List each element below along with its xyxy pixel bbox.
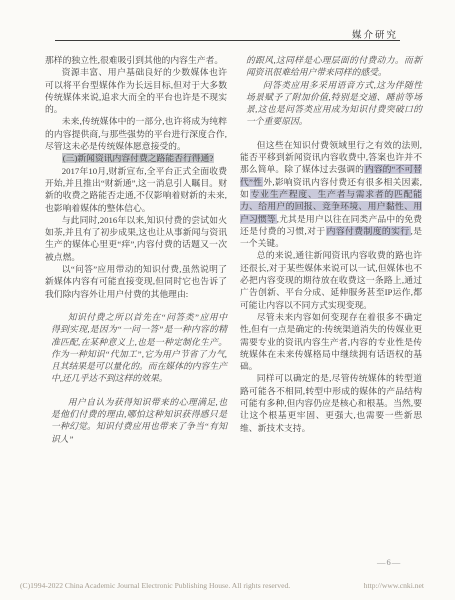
- text-run: 未来,传统媒体中的一部分,也许将成为纯粹的内容提供商,与那些强势的平台进行深度合…: [45, 116, 227, 151]
- text-run: 那样的独立性,很难吸引到其他的内容生产者。: [45, 55, 223, 65]
- paragraph: 2017年10月,财新宣布,全平台正式全面收费开始,并且推出“财新通”,这一消息…: [45, 165, 227, 214]
- header-rule: [55, 40, 400, 41]
- paragraph: 尽管未来内容如何变现存在着很多不确定性,但有一点是确定的:传统渠道消失的传媒业更…: [240, 311, 422, 372]
- paragraph: 但这些在知识付费领域里行之有效的法则,能否平移到新闻资讯内容收费中,答案也许并不…: [240, 139, 422, 250]
- text-run: 用户自认为获得知识带来的心理满足,也是他们付费的理由,哪怕这种知识获得感只是一种…: [51, 397, 227, 444]
- paragraph: 总的来说,通往新闻资讯内容收费的路也许还很长,对于某些媒体来说可以一试,但媒体也…: [240, 249, 422, 310]
- section-heading: (三)新闻资讯内容付费之路能否行得通?: [45, 152, 227, 164]
- copyright-text: (C)1994-2022 China Academic Journal Elec…: [20, 581, 290, 590]
- text-run: 与此同时,2016年以来,知识付费的尝试如火如荼,并且有了初步成果,这也让从事新…: [45, 215, 227, 262]
- paragraph: 以“问答”应用带动的知识付费,虽然说明了新媒体内容有可能直接变现,但同时它也告诉…: [45, 263, 227, 300]
- footer: (C)1994-2022 China Academic Journal Elec…: [20, 581, 424, 590]
- quote-paragraph: 问答类应用多采用语音方式,这为伴随性场景赋予了附加价值,特别是交通、睡前等场景,…: [240, 79, 422, 128]
- text-run: 问答类应用多采用语音方式,这为伴随性场景赋予了附加价值,特别是交通、睡前等场景,…: [246, 80, 422, 127]
- paragraph: 与此同时,2016年以来,知识付费的尝试如火如荼,并且有了初步成果,这也让从事新…: [45, 214, 227, 263]
- highlighted-text: 内容付费制度的实行: [326, 226, 411, 236]
- quote-paragraph: 知识付费之所以首先在“问答类”应用中得到实现,是因为“一问一答”是一种内容的精准…: [45, 311, 227, 385]
- highlighted-text: (三)新闻资讯内容付费之路能否行得通?: [62, 153, 215, 163]
- article-body: 那样的独立性,很难吸引到其他的内容生产者。资源丰富、用户基础良好的少数媒体也许可…: [45, 54, 422, 445]
- quote-paragraph: 的跟风,这同样是心理层面的付费动力。而新闻资讯很难给用户带来同样的感受。: [240, 54, 422, 79]
- page-header-section-label: 媒介研究: [352, 27, 398, 41]
- paragraph: 同样可以确定的是,尽管传统媒体的转型道路可能各不相同,转型中形成的媒体的产品结构…: [240, 372, 422, 433]
- paragraph: 未来,传统媒体中的一部分,也许将成为纯粹的内容提供商,与那些强势的平台进行深度合…: [45, 115, 227, 152]
- quote-paragraph: 用户自认为获得知识带来的心理满足,也是他们付费的理由,哪怕这种知识获得感只是一种…: [45, 396, 227, 445]
- text-run: 知识付费之所以首先在“问答类”应用中得到实现,是因为“一问一答”是一种内容的精准…: [51, 312, 227, 383]
- left-column: 那样的独立性,很难吸引到其他的内容生产者。资源丰富、用户基础良好的少数媒体也许可…: [45, 54, 227, 445]
- paragraph: 资源丰富、用户基础良好的少数媒体也许可以将平台型媒体作为长远目标,但对于大多数传…: [45, 66, 227, 115]
- text-run: 总的来说,通往新闻资讯内容收费的路也许还很长,对于某些媒体来说可以一试,但媒体也…: [240, 250, 422, 309]
- footer-url: http://www.cnki.net: [364, 581, 424, 590]
- text-run: 同样可以确定的是,尽管传统媒体的转型道路可能各不相同,转型中形成的媒体的产品结构…: [240, 373, 422, 432]
- paragraph: 那样的独立性,很难吸引到其他的内容生产者。: [45, 54, 227, 66]
- text-run: 2017年10月,财新宣布,全平台正式全面收费开始,并且推出“财新通”,这一消息…: [45, 166, 227, 213]
- text-run: 资源丰富、用户基础良好的少数媒体也许可以将平台型媒体作为长远目标,但对于大多数传…: [45, 67, 227, 114]
- page-number: —6—: [377, 557, 401, 567]
- text-run: 以“问答”应用带动的知识付费,虽然说明了新媒体内容有可能直接变现,但同时它也告诉…: [45, 264, 227, 299]
- text-run: 尽管未来内容如何变现存在着很多不确定性,但有一点是确定的:传统渠道消失的传媒业更…: [240, 312, 422, 371]
- right-column: 的跟风,这同样是心理层面的付费动力。而新闻资讯很难给用户带来同样的感受。问答类应…: [240, 54, 422, 445]
- text-run: 的跟风,这同样是心理层面的付费动力。而新闻资讯很难给用户带来同样的感受。: [246, 55, 422, 77]
